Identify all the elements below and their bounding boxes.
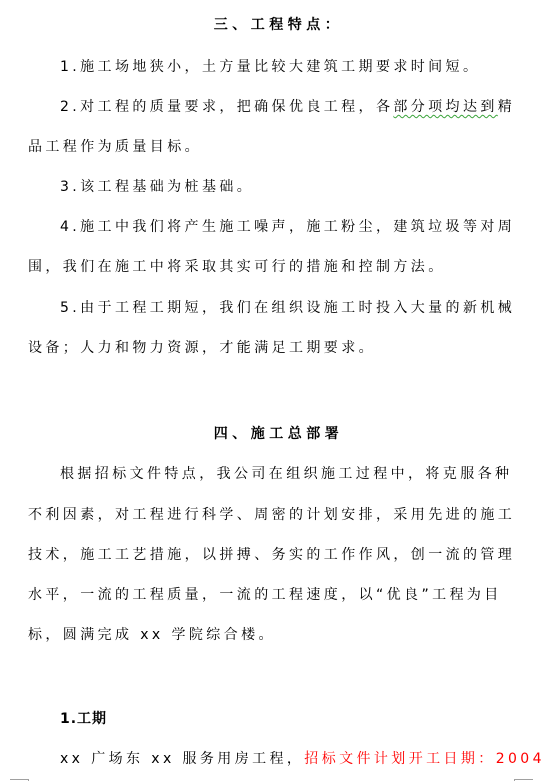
paragraph-line-3: 技术，施工工艺措施，以拼搏、务实的工作作风，创一流的管理 <box>28 545 514 565</box>
subsection-heading-schedule: 1.工期 <box>60 709 107 729</box>
paragraph-line-4: 水平，一流的工程质量，一流的工程速度，以“优良”工程为目 <box>28 585 514 605</box>
list-item-2-line-2: 品工程作为质量目标。 <box>28 137 514 157</box>
list-item-1: 1.施工场地狭小，土方量比较大建筑工期要求时间短。 <box>60 57 514 77</box>
paragraph-line-2: 不利因素，对工程进行科学、周密的计划安排，采用先进的施工 <box>28 505 514 525</box>
grammar-flagged-text[interactable]: 部分项均达到 <box>393 99 497 115</box>
schedule-line-1: xx 广场东 xx 服务用房工程，招标文件计划开工日期：2004 <box>60 749 514 769</box>
list-item-2-line-1: 2.对工程的质量要求，把确保优良工程，各部分项均达到精 <box>60 97 514 117</box>
text-segment: 精 <box>498 99 515 115</box>
highlighted-red-text: 招标文件计划开工日期：2004 <box>304 751 545 767</box>
document-page: 三、工程特点： 1.施工场地狭小，土方量比较大建筑工期要求时间短。 2.对工程的… <box>0 0 557 781</box>
section-heading-general-deployment: 四、施工总部署 <box>0 424 557 444</box>
list-item-4-line-1: 4.施工中我们将产生施工噪声，施工粉尘，建筑垃圾等对周 <box>60 217 514 237</box>
text-segment: xx 广场东 xx 服务用房工程， <box>60 751 304 767</box>
paragraph-line-5: 标，圆满完成 xx 学院综合楼。 <box>28 625 514 645</box>
paragraph-line-1: 根据招标文件特点，我公司在组织施工过程中，将克服各种 <box>60 464 514 484</box>
list-item-5-line-1: 5.由于工程工期短，我们在组织设施工时投入大量的新机械 <box>60 298 514 318</box>
list-item-5-line-2: 设备；人力和物力资源，才能满足工期要求。 <box>28 338 514 358</box>
section-heading-project-features: 三、工程特点： <box>0 15 557 35</box>
list-item-4-line-2: 围，我们在施工中将采取其实可行的措施和控制方法。 <box>28 257 514 277</box>
list-item-3: 3.该工程基础为桩基础。 <box>60 177 514 197</box>
text-segment: 2.对工程的质量要求，把确保优良工程，各 <box>60 99 393 115</box>
